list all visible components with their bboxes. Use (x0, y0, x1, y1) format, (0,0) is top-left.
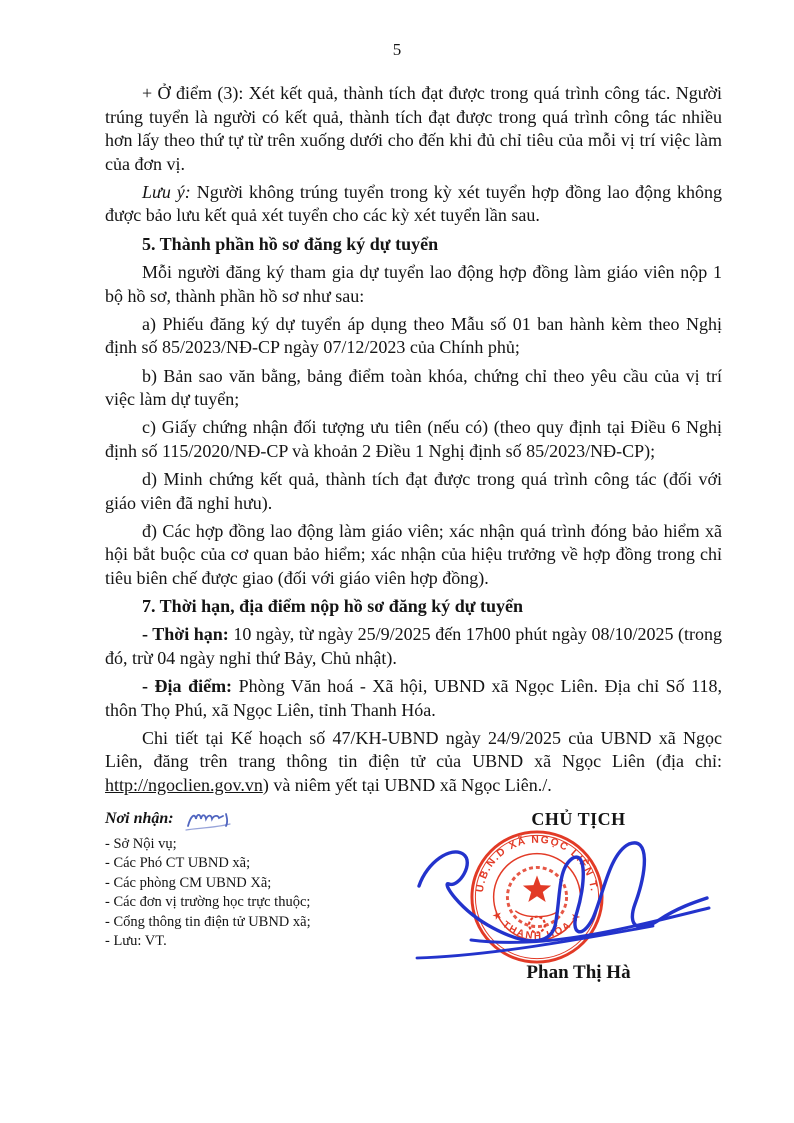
document-footer: Nơi nhận: - Sở Nội vụ; - Các Phó CT UBND… (105, 809, 722, 984)
recipient-item: - Lưu: VT. (105, 932, 435, 952)
paragraph-text: đ) Các hợp đồng lao động làm giáo viên; … (105, 521, 722, 588)
paragraph-item-a: a) Phiếu đăng ký dự tuyển áp dụng theo M… (105, 313, 722, 360)
location-label: - Địa điểm: (142, 676, 232, 696)
recipients-block: Nơi nhận: - Sở Nội vụ; - Các Phó CT UBND… (105, 809, 435, 984)
section-7-heading: 7. Thời hạn, địa điểm nộp hồ sơ đăng ký … (105, 595, 722, 619)
paragraph-text: a) Phiếu đăng ký dự tuyển áp dụng theo M… (105, 314, 722, 358)
recipient-item: - Các đơn vị trường học trực thuộc; (105, 893, 435, 913)
signature-block: CHỦ TỊCH U.B.N.D XÃ NGỌC LIÊN T. (435, 809, 722, 984)
paragraph-text: + Ở điểm (3): Xét kết quả, thành tích đạ… (105, 83, 722, 174)
paragraph-text: d) Minh chứng kết quả, thành tích đạt đư… (105, 469, 722, 513)
section-5-heading: 5. Thành phần hồ sơ đăng ký dự tuyển (105, 233, 722, 257)
recipient-item: - Sở Nội vụ; (105, 835, 435, 855)
paragraph-text: b) Bản sao văn bằng, bảng điểm toàn khóa… (105, 366, 722, 410)
deadline-label: - Thời hạn: (142, 624, 229, 644)
paragraph-location: - Địa điểm: Phòng Văn hoá - Xã hội, UBND… (105, 675, 722, 722)
paragraph-text: c) Giấy chứng nhận đối tượng ưu tiên (nế… (105, 417, 722, 461)
paragraph-dossier-intro: Mỗi người đăng ký tham gia dự tuyển lao … (105, 261, 722, 308)
paragraph-point-3: + Ở điểm (3): Xét kết quả, thành tích đạ… (105, 82, 722, 176)
recipient-item: - Cổng thông tin điện tử UBND xã; (105, 913, 435, 933)
page-number: 5 (0, 40, 794, 60)
paragraph-item-d: d) Minh chứng kết quả, thành tích đạt đư… (105, 468, 722, 515)
paragraph-item-c: c) Giấy chứng nhận đối tượng ưu tiên (nế… (105, 416, 722, 463)
ngoclien-url-link[interactable]: http://ngoclien.gov.vn (105, 775, 263, 795)
paragraph-text: Mỗi người đăng ký tham gia dự tuyển lao … (105, 262, 722, 306)
handwritten-initial (182, 809, 240, 835)
stamp-and-signature: U.B.N.D XÃ NGỌC LIÊN T. ★ THANH HÓA ★ (435, 830, 722, 962)
paragraph-item-b: b) Bản sao văn bằng, bảng điểm toàn khóa… (105, 365, 722, 412)
document-page: 5 + Ở điểm (3): Xét kết quả, thành tích … (0, 0, 794, 1123)
paragraph-text: Người không trúng tuyển trong kỳ xét tuy… (105, 182, 722, 226)
recipient-item: - Các Phó CT UBND xã; (105, 854, 435, 874)
paragraph-text: Chi tiết tại Kế hoạch số 47/KH-UBND ngày… (105, 728, 722, 772)
handwritten-signature (407, 824, 719, 966)
paragraph-deadline: - Thời hạn: 10 ngày, từ ngày 25/9/2025 đ… (105, 623, 722, 670)
paragraph-text: ) và niêm yết tại UBND xã Ngọc Liên./. (263, 775, 552, 795)
document-body: + Ở điểm (3): Xét kết quả, thành tích đạ… (105, 82, 722, 984)
recipients-label: Nơi nhận: (105, 809, 174, 829)
paragraph-item-dd: đ) Các hợp đồng lao động làm giáo viên; … (105, 520, 722, 591)
note-label: Lưu ý: (142, 182, 191, 202)
paragraph-details: Chi tiết tại Kế hoạch số 47/KH-UBND ngày… (105, 727, 722, 798)
recipient-item: - Các phòng CM UBND Xã; (105, 874, 435, 894)
paragraph-note: Lưu ý: Người không trúng tuyển trong kỳ … (105, 181, 722, 228)
